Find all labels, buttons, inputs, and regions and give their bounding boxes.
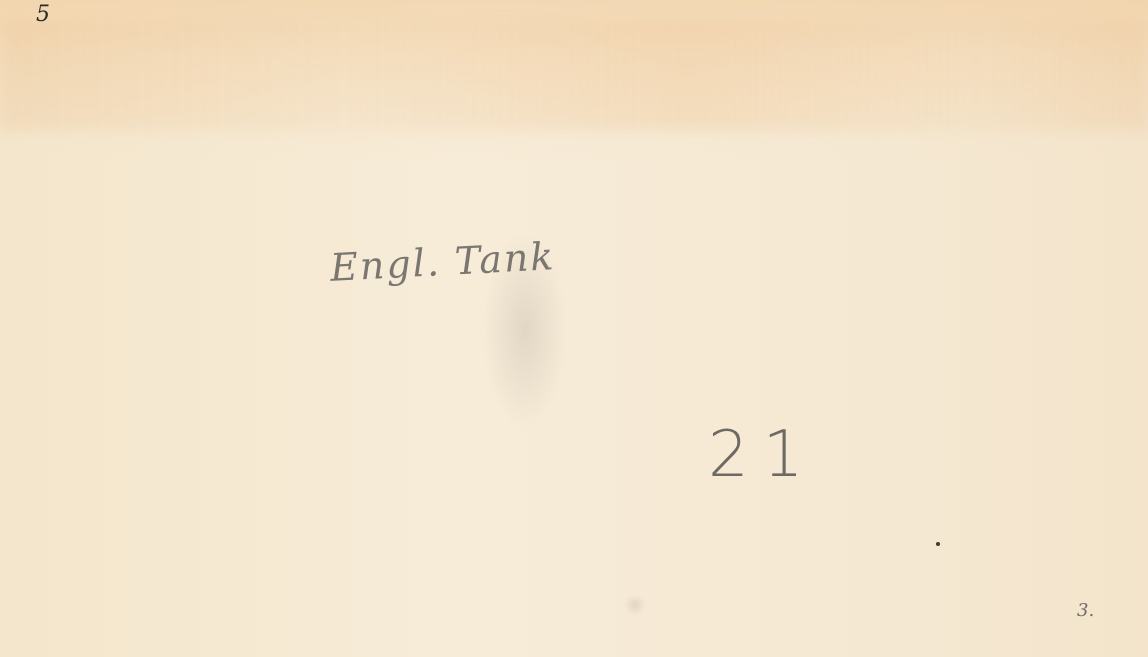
corner-number-top-left: 5	[36, 2, 50, 27]
center-number: 21	[708, 418, 817, 492]
ink-speck	[936, 542, 940, 546]
water-stain	[0, 20, 1148, 130]
corner-number-bottom-right: 3.	[1077, 600, 1094, 621]
